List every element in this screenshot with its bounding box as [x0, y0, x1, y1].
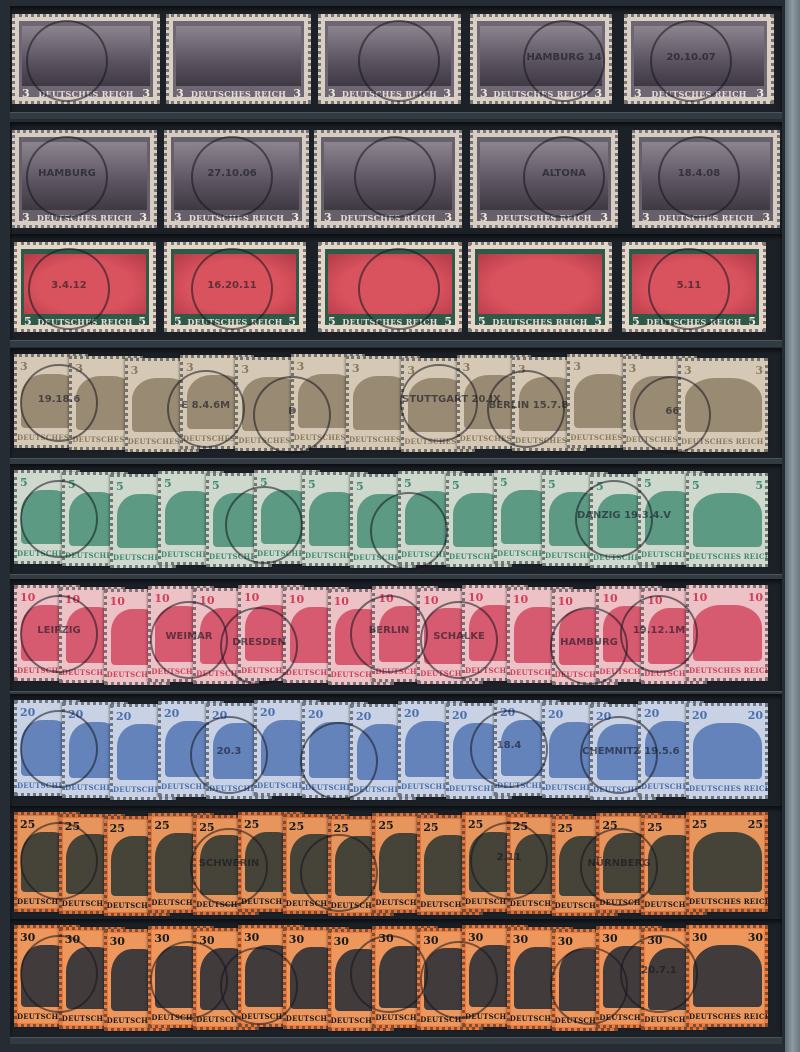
stamp-denomination: 25 — [423, 821, 438, 834]
germania-figure — [685, 378, 762, 432]
stamp-caption: DEUTSCHES REICH — [164, 317, 306, 327]
stamp-denomination: 30 — [199, 934, 214, 947]
stamp-denomination: 30 — [558, 935, 573, 948]
stamp-denomination: 3 — [20, 360, 28, 373]
stamp-denomination: 30 — [20, 931, 35, 944]
stamp-denomination: 30 — [602, 932, 617, 945]
stamp-caption: DEUTSCHES REICH — [164, 213, 309, 223]
stamp-denomination: 5 — [444, 315, 452, 328]
stamp-denomination: 3 — [407, 364, 415, 377]
stamp-denomination: 5 — [174, 315, 182, 328]
stamp-caption: DEUTSCHES REICH — [314, 213, 462, 223]
stamp-caption: DEUTSCHES REICH — [12, 89, 160, 99]
stamp-vignette — [324, 142, 452, 210]
stamp-denomination: 30 — [423, 934, 438, 947]
strip-pocket-edge — [10, 340, 782, 347]
stamp-denomination: 3 — [518, 363, 526, 376]
stamp[interactable]: 2525DEUTSCHES REICH — [686, 812, 768, 912]
row-1: DEUTSCHES REICH33DEUTSCHES REICH33DEUTSC… — [0, 12, 780, 108]
row-4: 3DEUTSCHES3DEUTSCHES3DEUTSCHES3DEUTSCHES… — [0, 354, 780, 454]
stamp-caption: DEUTSCHES REICH — [689, 666, 768, 675]
stamp-vignette — [328, 26, 451, 86]
stamp-denomination: 5 — [594, 315, 602, 328]
stamp-denomination: 10 — [110, 595, 125, 608]
stamp-denomination: 10 — [378, 592, 393, 605]
stamp-denomination: 25 — [692, 818, 707, 831]
stamp-denomination: 5 — [68, 478, 76, 491]
stamp-denomination: 30 — [334, 935, 349, 948]
stamp[interactable]: DEUTSCHES REICH3318.4.08 — [632, 130, 780, 228]
stamp-denomination: 20 — [116, 710, 131, 723]
stamp-denomination: 30 — [65, 933, 80, 946]
stamp-caption: DEUTSCHES REICH — [468, 317, 612, 327]
stamp-denomination: 5 — [24, 315, 32, 328]
stamp-caption: DEUTSCHES REICH — [470, 89, 612, 99]
stamp-caption: DEUTSCHES REICH — [166, 89, 311, 99]
stamp-caption: DEUTSCHES REICH — [470, 213, 618, 223]
stamp[interactable]: DEUTSCHES REICH33HAMBURG — [12, 130, 157, 228]
stamp-denomination: 3 — [443, 87, 451, 100]
stamp-denomination: 5 — [632, 315, 640, 328]
stamp-denomination: 25 — [199, 821, 214, 834]
stamp-denomination: 3 — [756, 87, 764, 100]
stamp-denomination: 25 — [378, 819, 393, 832]
stamp-denomination: 25 — [334, 822, 349, 835]
stamp-caption: DEUTSCHES REICH — [318, 317, 462, 327]
stamp-caption: DEUTSCHES REICH — [689, 552, 768, 561]
stamp-denomination: 10 — [558, 595, 573, 608]
strip-pocket-edge — [10, 112, 782, 119]
row-8: 25DEUTSCHES25DEUTSCHES25DEUTSCHES25DEUTS… — [0, 812, 780, 918]
stamp-denomination: 5 — [288, 315, 296, 328]
stamp-vignette — [480, 26, 602, 86]
stamp-denomination: 5 — [500, 476, 508, 489]
stamp-denomination: 20 — [644, 707, 659, 720]
stamp-denomination: 5 — [548, 478, 556, 491]
stamp[interactable]: DEUTSCHES REICH33ALTONA — [470, 130, 618, 228]
stamp-denomination: 20 — [356, 710, 371, 723]
row-6: 10DEUTSCHES10DEUTSCHES10DEUTSCHES10DEUTS… — [0, 585, 780, 687]
stamp-denomination: 10 — [468, 591, 483, 604]
row-7: 20DEUTSCHES20DEUTSCHES20DEUTSCHES20DEUTS… — [0, 700, 780, 802]
stamp-denomination: 5 — [308, 478, 316, 491]
stamp[interactable]: DEUTSCHES REICH5516.20.11 — [164, 242, 306, 332]
stamp-denomination: 10 — [748, 591, 763, 604]
stamp-vignette — [174, 254, 296, 314]
stamp-denomination: 3 — [22, 211, 30, 224]
stamp-denomination: 20 — [260, 706, 275, 719]
stamp-denomination: 25 — [558, 822, 573, 835]
stamp-denomination: 3 — [75, 362, 83, 375]
stamp-denomination: 20 — [692, 709, 707, 722]
stamp-denomination: 5 — [212, 479, 220, 492]
stamp-denomination: 3 — [762, 211, 770, 224]
stamp-denomination: 5 — [138, 315, 146, 328]
stamp-denomination: 30 — [647, 934, 662, 947]
stamp[interactable]: DEUTSCHES REICH33 — [314, 130, 462, 228]
stamp[interactable]: DEUTSCHES REICH55 — [318, 242, 462, 332]
stamp-denomination: 10 — [602, 592, 617, 605]
stamp[interactable]: 2020DEUTSCHES REICH — [686, 703, 768, 799]
stamp-denomination: 10 — [692, 591, 707, 604]
stamp-denomination: 30 — [692, 931, 707, 944]
stamp-vignette — [24, 254, 146, 314]
stamp-denomination: 3 — [328, 87, 336, 100]
stamp-denomination: 5 — [755, 479, 763, 492]
stamp-denomination: 3 — [186, 361, 194, 374]
stamp-denomination: 3 — [600, 211, 608, 224]
stamp-denomination: 25 — [468, 818, 483, 831]
stamp-denomination: 25 — [748, 818, 763, 831]
stamp-denomination: 3 — [684, 364, 692, 377]
stamp[interactable]: 1010DEUTSCHES REICH — [686, 585, 768, 681]
stamp-caption: DEUTSCHES REICH — [622, 317, 766, 327]
stamp-denomination: 30 — [513, 933, 528, 946]
stamp-denomination: 10 — [244, 591, 259, 604]
stamp-denomination: 3 — [634, 87, 642, 100]
germania-figure — [693, 832, 762, 892]
stamp-denomination: 25 — [513, 820, 528, 833]
stamp-denomination: 30 — [378, 932, 393, 945]
stamp[interactable]: DEUTSCHES REICH3327.10.06 — [164, 130, 309, 228]
stamp-denomination: 20 — [20, 706, 35, 719]
stamp-vignette — [480, 142, 608, 210]
stamp-denomination: 3 — [629, 362, 637, 375]
stamp-caption: DEUTSCHES REICH — [14, 317, 156, 327]
stamp-denomination: 3 — [22, 87, 30, 100]
stamp-denomination: 10 — [20, 591, 35, 604]
stamp-denomination: 20 — [500, 706, 515, 719]
stamp-denomination: 10 — [513, 593, 528, 606]
stamp-denomination: 20 — [68, 708, 83, 721]
stamp-denomination: 30 — [110, 935, 125, 948]
stamp-denomination: 20 — [548, 708, 563, 721]
stamp-denomination: 25 — [20, 818, 35, 831]
stamp-denomination: 25 — [289, 820, 304, 833]
stamp-denomination: 5 — [748, 315, 756, 328]
strip-pocket-edge — [10, 1037, 782, 1044]
stamp-denomination: 3 — [131, 364, 139, 377]
stamp-denomination: 3 — [142, 87, 150, 100]
stamp-denomination: 3 — [463, 361, 471, 374]
stamp-caption: DEUTSCHES REICH — [689, 897, 768, 906]
stamp-denomination: 3 — [594, 87, 602, 100]
stamp-denomination: 3 — [573, 360, 581, 373]
stamp[interactable]: DEUTSCHES REICH33 — [12, 14, 160, 104]
stamp-denomination: 25 — [154, 819, 169, 832]
stamp-denomination: 5 — [20, 476, 28, 489]
stamp-vignette — [642, 142, 770, 210]
stamp[interactable]: 55DEUTSCHES REICH — [686, 473, 768, 567]
stamp-denomination: 3 — [480, 87, 488, 100]
stamp-denomination: 3 — [293, 87, 301, 100]
stamp-denomination: 20 — [596, 710, 611, 723]
stamp-denomination: 3 — [291, 211, 299, 224]
stamp-denomination: 30 — [154, 932, 169, 945]
stamp-denomination: 3 — [241, 363, 249, 376]
stamp-caption: DEUTSCHES REICH — [12, 213, 157, 223]
stamp-denomination: 5 — [478, 315, 486, 328]
germania-figure — [693, 493, 762, 547]
stamp-denomination: 5 — [644, 477, 652, 490]
stamp[interactable]: DEUTSCHES REICH33 — [318, 14, 461, 104]
stamp-denomination: 20 — [308, 708, 323, 721]
stamp-denomination: 30 — [468, 931, 483, 944]
stamp-denomination: 10 — [154, 592, 169, 605]
stamp-denomination: 5 — [356, 480, 364, 493]
stamp-denomination: 3 — [297, 360, 305, 373]
stamp-denomination: 20 — [748, 709, 763, 722]
stamp-vignette — [328, 254, 452, 314]
stamp[interactable]: 33DEUTSCHES REICH — [678, 358, 768, 452]
stamp-denomination: 20 — [404, 707, 419, 720]
stamp-denomination: 20 — [452, 709, 467, 722]
stamp-denomination: 10 — [199, 594, 214, 607]
stamp-denomination: 10 — [334, 595, 349, 608]
row-9: 30DEUTSCHES30DEUTSCHES30DEUTSCHES30DEUTS… — [0, 925, 780, 1033]
stamp[interactable]: DEUTSCHES REICH33 — [166, 14, 311, 104]
stamp-denomination: 5 — [404, 477, 412, 490]
stamp-vignette — [22, 26, 150, 86]
stamp[interactable]: DEUTSCHES REICH55 — [468, 242, 612, 332]
stamp-denomination: 30 — [289, 933, 304, 946]
stamp-denomination: 10 — [647, 594, 662, 607]
stamp-vignette — [174, 142, 299, 210]
stamp-caption: DEUTSCHES REICH — [624, 89, 774, 99]
row-3: DEUTSCHES REICH553.4.12DEUTSCHES REICH55… — [0, 240, 780, 336]
stamp-caption: DEUTSCHES REICH — [689, 1012, 768, 1021]
page-edge — [785, 0, 800, 1052]
stamp-denomination: 20 — [164, 707, 179, 720]
stamp-denomination: 10 — [423, 594, 438, 607]
stamp-denomination: 20 — [212, 709, 227, 722]
stamp-denomination: 3 — [139, 211, 147, 224]
stamp-denomination: 5 — [116, 480, 124, 493]
germania-figure — [693, 723, 762, 779]
row-2: DEUTSCHES REICH33HAMBURGDEUTSCHES REICH3… — [0, 128, 780, 232]
stamp-vignette — [22, 142, 147, 210]
germania-figure — [693, 945, 762, 1007]
stamp-denomination: 5 — [164, 477, 172, 490]
stamp-denomination: 5 — [596, 480, 604, 493]
stamp-denomination: 25 — [244, 818, 259, 831]
stamp-denomination: 3 — [352, 362, 360, 375]
stamp-denomination: 3 — [480, 211, 488, 224]
stamp-caption: DEUTSCHES REICH — [681, 437, 768, 446]
stamp-denomination: 10 — [289, 593, 304, 606]
stamp-denomination: 10 — [65, 593, 80, 606]
stamp-denomination: 5 — [260, 476, 268, 489]
stamp[interactable]: DEUTSCHES REICH33HAMBURG 14 — [470, 14, 612, 104]
stamp-caption: DEUTSCHES REICH — [318, 89, 461, 99]
stamp-vignette — [478, 254, 602, 314]
stamp-vignette — [634, 26, 764, 86]
stamp-vignette — [632, 254, 756, 314]
stamp-denomination: 5 — [328, 315, 336, 328]
stamp-caption: DEUTSCHES REICH — [689, 784, 768, 793]
stamp-denomination: 25 — [647, 821, 662, 834]
stamp-denomination: 3 — [444, 211, 452, 224]
stamp-denomination: 5 — [692, 479, 700, 492]
stamp[interactable]: 3030DEUTSCHES REICH — [686, 925, 768, 1027]
stamp[interactable]: DEUTSCHES REICH3320.10.07 — [624, 14, 774, 104]
stamp-denomination: 25 — [65, 820, 80, 833]
germania-figure — [693, 605, 762, 661]
stamp-denomination: 3 — [755, 364, 763, 377]
stamp[interactable]: DEUTSCHES REICH555.11 — [622, 242, 766, 332]
stamp-vignette — [176, 26, 301, 86]
stamp-denomination: 25 — [110, 822, 125, 835]
stamp-denomination: 25 — [602, 819, 617, 832]
stamp-denomination: 3 — [324, 211, 332, 224]
stamp-denomination: 3 — [174, 211, 182, 224]
stamp-denomination: 3 — [176, 87, 184, 100]
stamp-caption: DEUTSCHES REICH — [632, 213, 780, 223]
row-5: 5DEUTSCHES5DEUTSCHES5DEUTSCHES5DEUTSCHES… — [0, 470, 780, 570]
stamp-denomination: 3 — [642, 211, 650, 224]
stamp-denomination: 5 — [452, 479, 460, 492]
stamp-denomination: 30 — [244, 931, 259, 944]
stamp-denomination: 30 — [748, 931, 763, 944]
stamp[interactable]: DEUTSCHES REICH553.4.12 — [14, 242, 156, 332]
